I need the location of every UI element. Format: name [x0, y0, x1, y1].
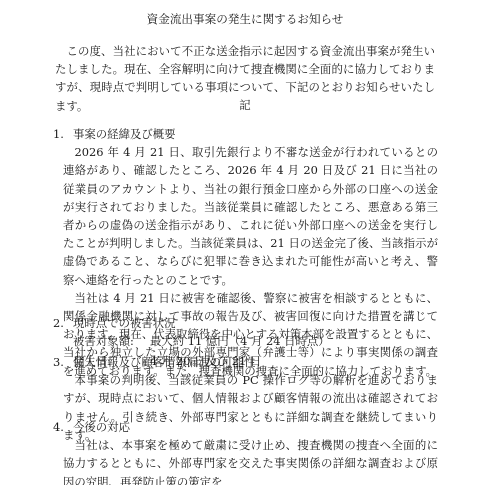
- section-heading: 1. 事案の経緯及び概要: [53, 125, 438, 143]
- paragraph: 2026 年 4 月 21 日、取引先銀行より不審な送金が行われているとの連絡が…: [63, 143, 438, 289]
- ki-marker: 記: [0, 96, 490, 114]
- notice-document: 資金流出事案の発生に関するお知らせ この度、当社において不正な送金指示に起因する…: [0, 0, 490, 485]
- section-heading: 3. 個人情報及び顧客情報漏洩の可能性: [53, 353, 438, 371]
- section-future-response: 4. 今後の対応 当社は、本事案を極めて厳粛に受け止め、捜査機関の捜査へ全面的に…: [53, 418, 438, 485]
- section-title: 事案の経緯及び概要: [73, 125, 176, 143]
- section-title: 今後の対応: [73, 418, 130, 436]
- section-body: 当社は、本事案を極めて厳粛に受け止め、捜査機関の捜査へ全面的に協力するとともに、…: [63, 436, 438, 485]
- document-title: 資金流出事案の発生に関するお知らせ: [0, 10, 490, 28]
- section-number: 1.: [53, 125, 73, 143]
- section-number: 4.: [53, 418, 73, 436]
- section-number: 3.: [53, 353, 73, 371]
- section-title: 個人情報及び顧客情報漏洩の可能性: [73, 353, 255, 371]
- section-title: 現時点での被害状況: [73, 314, 176, 332]
- section-heading: 4. 今後の対応: [53, 418, 438, 436]
- damage-amount-label: 被害対象額:: [73, 332, 150, 350]
- damage-amount-value: 最大約 11 億円（4 月 24 日時点）: [150, 332, 330, 350]
- damage-amount-row: 被害対象額: 最大約 11 億円（4 月 24 日時点）: [73, 332, 438, 350]
- paragraph: 当社は、本事案を極めて厳粛に受け止め、捜査機関の捜査へ全面的に協力するとともに、…: [63, 436, 438, 485]
- section-heading: 2. 現時点での被害状況: [53, 314, 438, 332]
- section-number: 2.: [53, 314, 73, 332]
